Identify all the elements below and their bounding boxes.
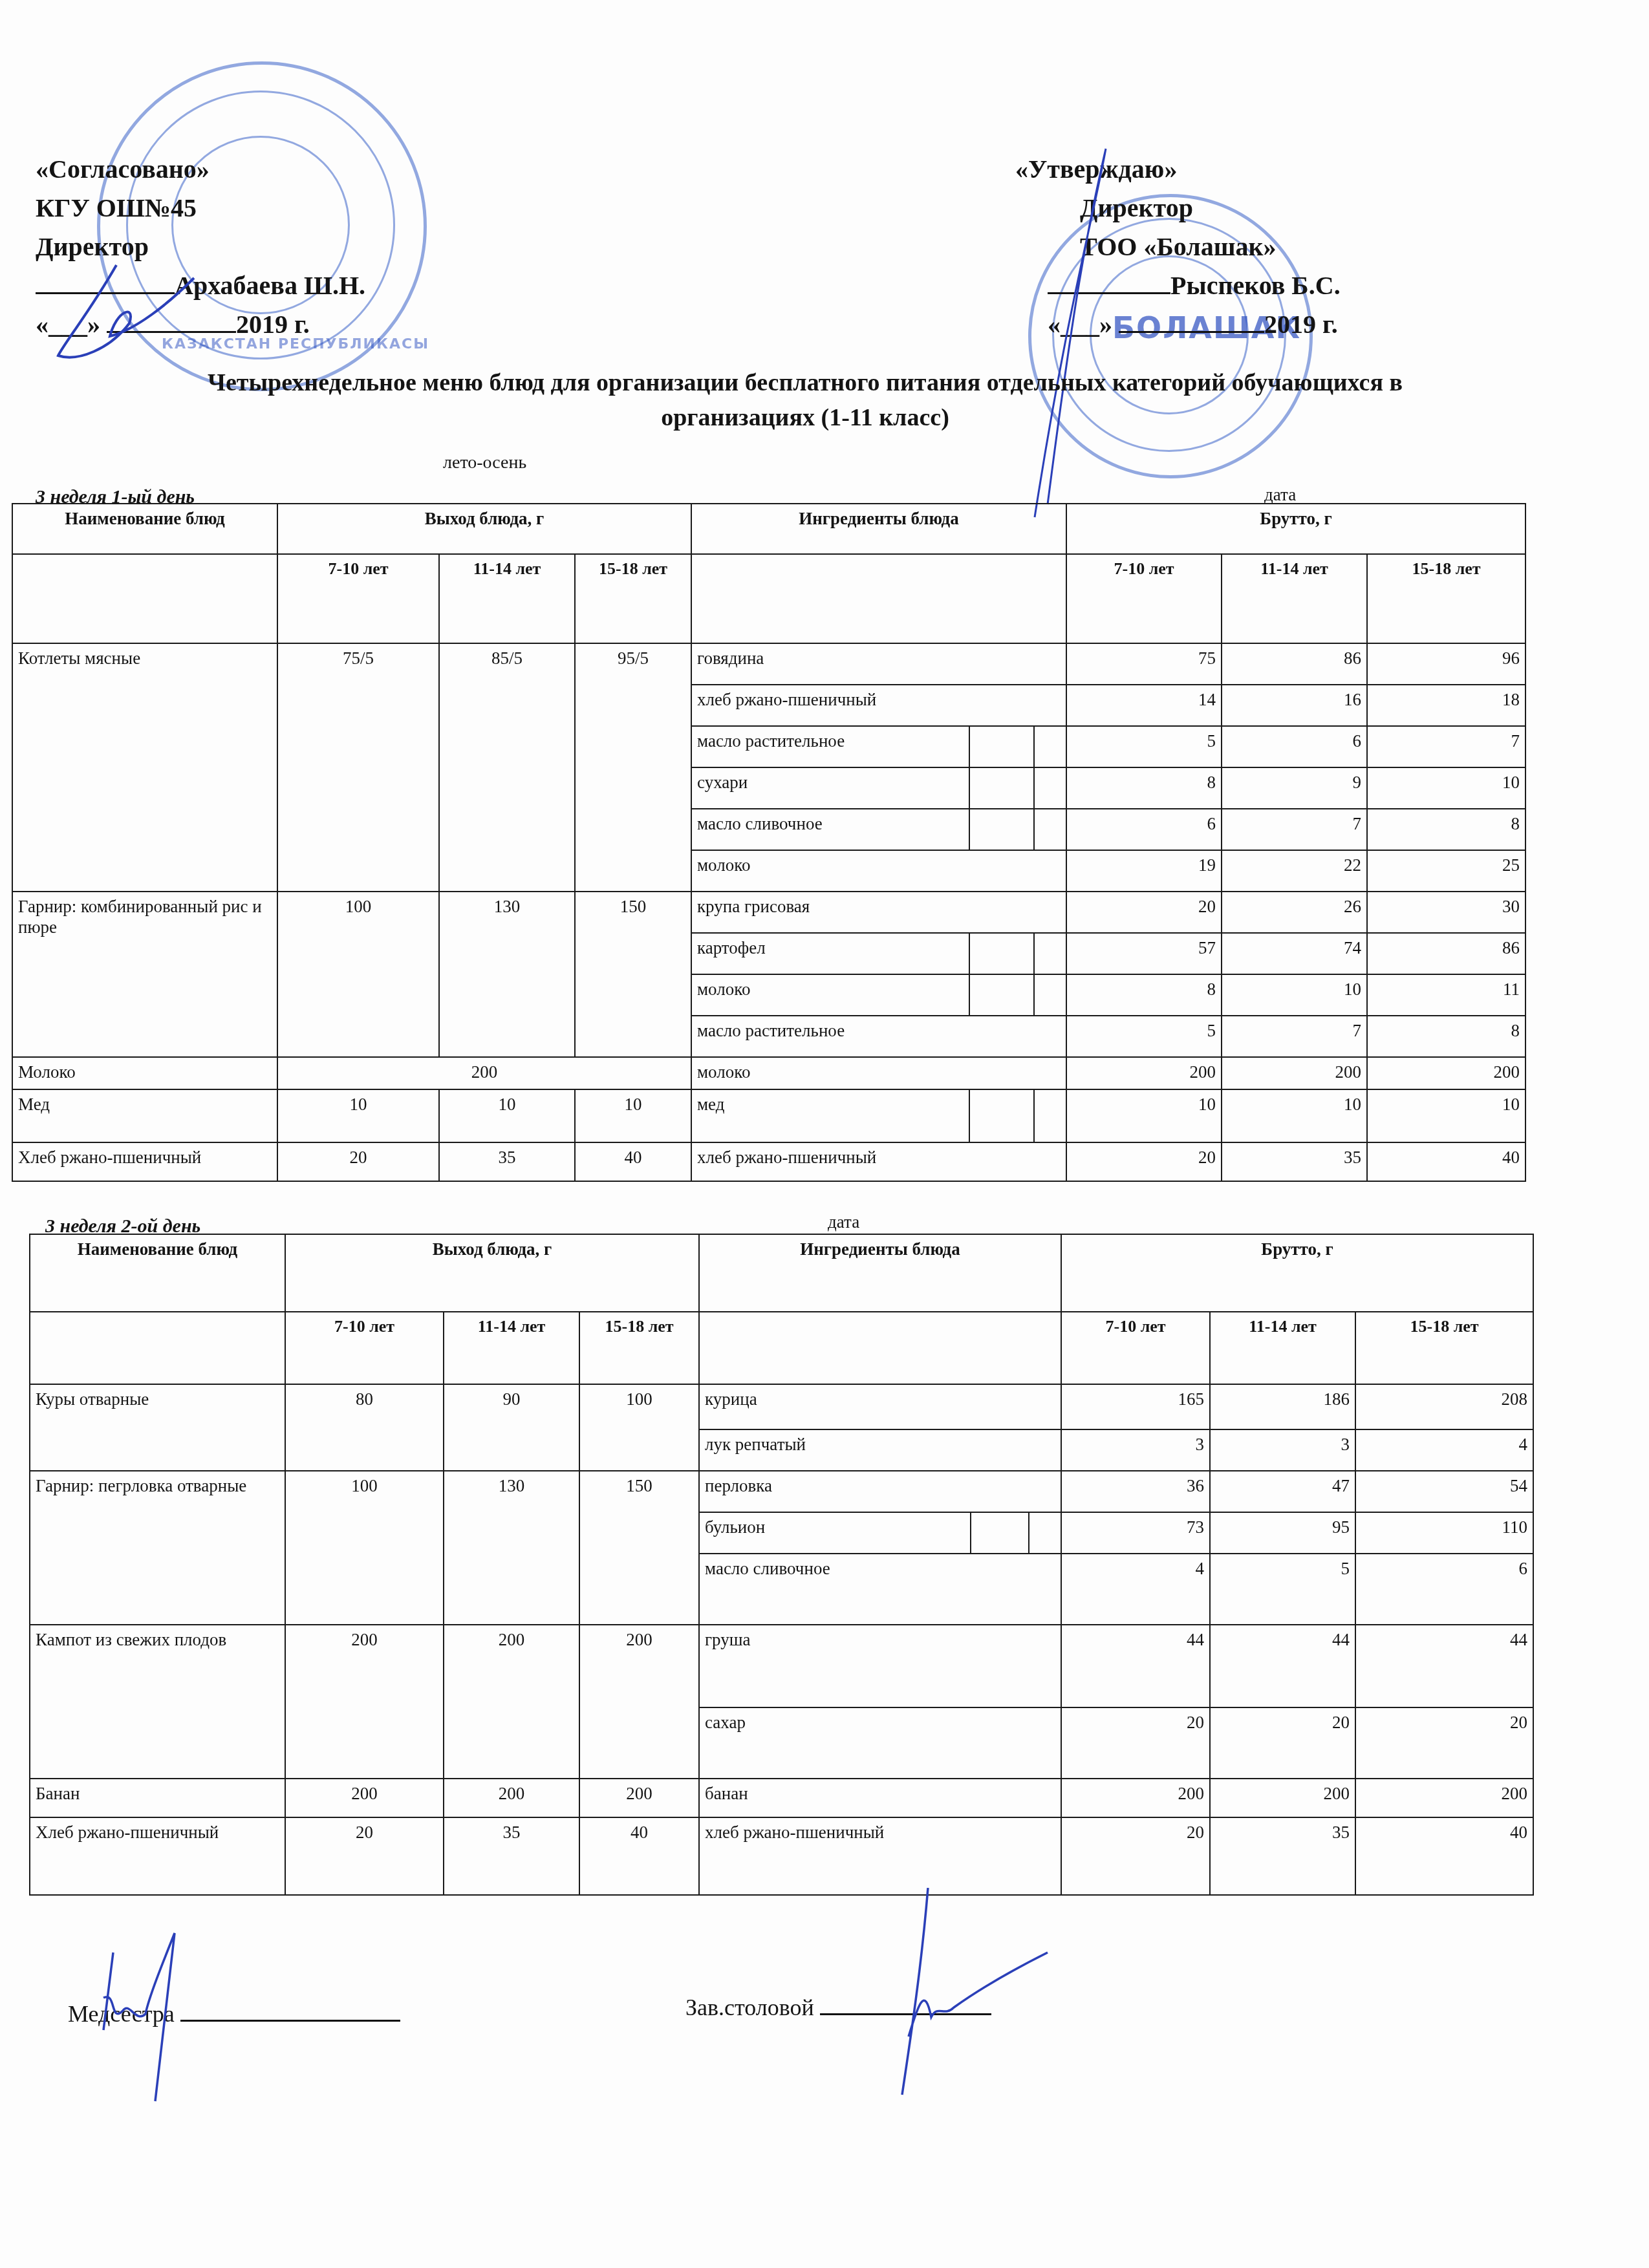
- dish-yield-age-2: 10: [439, 1089, 575, 1142]
- dish-name: Хлеб ржано-пшеничный: [12, 1142, 277, 1181]
- ingredient-gross-age-2: 35: [1222, 1142, 1367, 1181]
- dish-name: Мед: [12, 1089, 277, 1142]
- dish-yield-age-2: 130: [444, 1471, 579, 1625]
- ingredient-gross-age-2: 22: [1222, 850, 1367, 892]
- dish-yield-age-2: 90: [444, 1384, 579, 1471]
- dish-yield: 200: [277, 1057, 691, 1089]
- ingredient-name: масло растительное: [691, 726, 969, 767]
- ingredient-gross-age-2: 5: [1210, 1554, 1355, 1625]
- ingredient-subcell: [1034, 767, 1066, 809]
- ingredient-subcell: [1034, 726, 1066, 767]
- ingredient-gross-age-2: 26: [1222, 892, 1367, 933]
- nurse-signature-line: [180, 1998, 400, 2022]
- ingredient-gross-age-1: 8: [1066, 974, 1222, 1016]
- director-left-signature: [39, 252, 207, 369]
- dish-yield-age-1: 200: [285, 1625, 444, 1779]
- ingredient-gross-age-1: 200: [1061, 1779, 1210, 1817]
- canteen-manager-label: Зав.столовой: [685, 1995, 814, 2020]
- header-gross: Брутто, г: [1066, 504, 1525, 554]
- ingredient-gross-age-2: 200: [1210, 1779, 1355, 1817]
- ingredient-gross-age-1: 36: [1061, 1471, 1210, 1512]
- ingredient-name: масло растительное: [691, 1016, 1066, 1057]
- ingredient-gross-age-3: 40: [1367, 1142, 1525, 1181]
- ingredient-gross-age-1: 20: [1061, 1817, 1210, 1895]
- ingredient-gross-age-2: 44: [1210, 1625, 1355, 1707]
- dish-yield-age-1: 20: [277, 1142, 439, 1181]
- ingredient-gross-age-3: 208: [1355, 1384, 1533, 1429]
- ingredient-name: масло сливочное: [691, 809, 969, 850]
- dish-name: Молоко: [12, 1057, 277, 1089]
- header-yield-age-3: 15-18 лет: [575, 554, 691, 643]
- dish-yield-age-1: 80: [285, 1384, 444, 1471]
- dish-yield-age-1: 100: [277, 892, 439, 1057]
- ingredient-subcell: [969, 809, 1034, 850]
- dish-yield-age-1: 200: [285, 1779, 444, 1817]
- approval-left-label: «Согласовано»: [36, 150, 365, 189]
- approval-right-date-year: 2019 г.: [1264, 310, 1338, 339]
- dish-name: Гарнир: пегрловка отварные: [30, 1471, 285, 1625]
- ingredient-subcell: [969, 1089, 1034, 1142]
- ingredient-gross-age-1: 3: [1061, 1429, 1210, 1471]
- table-row: Гарнир: пегрловка отварные100130150перло…: [30, 1471, 1533, 1512]
- dish-name: Хлеб ржано-пшеничный: [30, 1817, 285, 1895]
- dish-name: Куры отварные: [30, 1384, 285, 1471]
- ingredient-gross-age-3: 110: [1355, 1512, 1533, 1554]
- ingredient-gross-age-1: 6: [1066, 809, 1222, 850]
- ingredient-name: молоко: [691, 1057, 1066, 1089]
- director-right-signature: [1009, 142, 1138, 530]
- ingredient-gross-age-3: 25: [1367, 850, 1525, 892]
- ingredient-subcell: [1029, 1512, 1061, 1554]
- table-row: Куры отварные8090100курица165186208: [30, 1384, 1533, 1429]
- dish-name: Гарнир: комбинированный рис и пюре: [12, 892, 277, 1057]
- ingredient-name: банан: [699, 1779, 1061, 1817]
- ingredient-gross-age-2: 16: [1222, 685, 1367, 726]
- ingredient-subcell: [1034, 1089, 1066, 1142]
- header-gross: Брутто, г: [1061, 1234, 1533, 1312]
- dish-yield-age-2: 35: [439, 1142, 575, 1181]
- canteen-manager-signature: [892, 1888, 1061, 2101]
- dish-yield-age-1: 20: [285, 1817, 444, 1895]
- table-row: Банан200200200банан200200200: [30, 1779, 1533, 1817]
- table-row: Хлеб ржано-пшеничный203540хлеб ржано-пше…: [30, 1817, 1533, 1895]
- ingredient-gross-age-1: 10: [1066, 1089, 1222, 1142]
- ingredient-gross-age-2: 47: [1210, 1471, 1355, 1512]
- ingredient-subcell: [1034, 974, 1066, 1016]
- ingredient-name: лук репчатый: [699, 1429, 1061, 1471]
- table-row: Кампот из свежих плодов200200200груша444…: [30, 1625, 1533, 1707]
- ingredient-gross-age-1: 20: [1066, 1142, 1222, 1181]
- ingredient-gross-age-1: 14: [1066, 685, 1222, 726]
- ingredient-gross-age-1: 200: [1066, 1057, 1222, 1089]
- ingredient-gross-age-3: 18: [1367, 685, 1525, 726]
- nurse-signature: [65, 1927, 181, 2108]
- dish-yield-age-1: 10: [277, 1089, 439, 1142]
- approval-right-name: Рыспеков Б.С.: [1170, 271, 1341, 300]
- ingredient-name: масло сливочное: [699, 1554, 1061, 1625]
- header-gross-age-1: 7-10 лет: [1061, 1312, 1210, 1384]
- ingredient-subcell: [969, 767, 1034, 809]
- menu-table-day2: Наименование блюд Выход блюда, г Ингреди…: [29, 1234, 1534, 1896]
- dish-yield-age-3: 40: [579, 1817, 699, 1895]
- ingredient-name: хлеб ржано-пшеничный: [691, 685, 1066, 726]
- ingredient-gross-age-2: 95: [1210, 1512, 1355, 1554]
- dish-name: Кампот из свежих плодов: [30, 1625, 285, 1779]
- ingredient-gross-age-1: 20: [1066, 892, 1222, 933]
- header-yield-age-3: 15-18 лет: [579, 1312, 699, 1384]
- header-ingredients: Ингредиенты блюда: [699, 1234, 1061, 1312]
- approval-left-org: КГУ ОШ№45: [36, 189, 365, 228]
- dish-yield-age-3: 100: [579, 1384, 699, 1471]
- approval-left-date-year: 2019 г.: [236, 310, 310, 339]
- ingredient-gross-age-1: 19: [1066, 850, 1222, 892]
- dish-yield-age-2: 200: [444, 1779, 579, 1817]
- header-yield-age-1: 7-10 лет: [285, 1312, 444, 1384]
- ingredient-gross-age-2: 9: [1222, 767, 1367, 809]
- ingredient-gross-age-3: 10: [1367, 1089, 1525, 1142]
- ingredient-gross-age-1: 5: [1066, 1016, 1222, 1057]
- ingredient-name: сухари: [691, 767, 969, 809]
- header-yield: Выход блюда, г: [285, 1234, 699, 1312]
- document-title: Четырехнедельное меню блюд для организац…: [78, 365, 1533, 435]
- table-row: Мед101010мед101010: [12, 1089, 1525, 1142]
- dish-yield-age-3: 40: [575, 1142, 691, 1181]
- dish-name: Котлеты мясные: [12, 643, 277, 892]
- header-empty: [699, 1312, 1061, 1384]
- dish-yield-age-3: 200: [579, 1625, 699, 1779]
- ingredient-gross-age-1: 44: [1061, 1625, 1210, 1707]
- ingredient-gross-age-3: 96: [1367, 643, 1525, 685]
- ingredient-gross-age-3: 8: [1367, 809, 1525, 850]
- header-yield-age-1: 7-10 лет: [277, 554, 439, 643]
- ingredient-gross-age-2: 20: [1210, 1707, 1355, 1779]
- ingredient-gross-age-2: 200: [1222, 1057, 1367, 1089]
- ingredient-gross-age-1: 165: [1061, 1384, 1210, 1429]
- ingredient-gross-age-2: 186: [1210, 1384, 1355, 1429]
- table-row: Молоко200молоко200200200: [12, 1057, 1525, 1089]
- ingredient-gross-age-1: 57: [1066, 933, 1222, 974]
- ingredient-name: курица: [699, 1384, 1061, 1429]
- header-yield-age-2: 11-14 лет: [444, 1312, 579, 1384]
- table-row: Котлеты мясные75/585/595/5говядина758696: [12, 643, 1525, 685]
- ingredient-gross-age-3: 54: [1355, 1471, 1533, 1512]
- ingredient-name: молоко: [691, 850, 1066, 892]
- ingredient-gross-age-2: 3: [1210, 1429, 1355, 1471]
- ingredient-name: молоко: [691, 974, 969, 1016]
- ingredient-gross-age-3: 4: [1355, 1429, 1533, 1471]
- ingredient-name: крупа грисовая: [691, 892, 1066, 933]
- header-ingredients: Ингредиенты блюда: [691, 504, 1066, 554]
- table-row: Гарнир: комбинированный рис и пюре100130…: [12, 892, 1525, 933]
- ingredient-name: перловка: [699, 1471, 1061, 1512]
- header-empty: [12, 554, 277, 643]
- dish-yield-age-3: 200: [579, 1779, 699, 1817]
- ingredient-gross-age-1: 73: [1061, 1512, 1210, 1554]
- dish-yield-age-3: 10: [575, 1089, 691, 1142]
- ingredient-subcell: [1034, 809, 1066, 850]
- ingredient-gross-age-3: 30: [1367, 892, 1525, 933]
- header-yield-age-2: 11-14 лет: [439, 554, 575, 643]
- title-line-2: организациях (1-11 класс): [78, 400, 1533, 435]
- dish-yield-age-2: 200: [444, 1625, 579, 1779]
- ingredient-subcell: [1034, 933, 1066, 974]
- ingredient-name: хлеб ржано-пшеничный: [691, 1142, 1066, 1181]
- ingredient-gross-age-3: 200: [1367, 1057, 1525, 1089]
- header-dish: Наименование блюд: [12, 504, 277, 554]
- ingredient-subcell: [969, 933, 1034, 974]
- dish-yield-age-3: 150: [579, 1471, 699, 1625]
- dish-yield-age-2: 130: [439, 892, 575, 1057]
- ingredient-gross-age-2: 35: [1210, 1817, 1355, 1895]
- ingredient-gross-age-2: 7: [1222, 1016, 1367, 1057]
- header-dish: Наименование блюд: [30, 1234, 285, 1312]
- ingredient-subcell: [969, 726, 1034, 767]
- dish-yield-age-1: 75/5: [277, 643, 439, 892]
- ingredient-name: груша: [699, 1625, 1061, 1707]
- header-yield: Выход блюда, г: [277, 504, 691, 554]
- ingredient-gross-age-1: 5: [1066, 726, 1222, 767]
- dish-yield-age-3: 95/5: [575, 643, 691, 892]
- dish-yield-age-2: 35: [444, 1817, 579, 1895]
- ingredient-gross-age-3: 40: [1355, 1817, 1533, 1895]
- ingredient-gross-age-3: 10: [1367, 767, 1525, 809]
- ingredient-gross-age-1: 20: [1061, 1707, 1210, 1779]
- header-gross-age-3: 15-18 лет: [1355, 1312, 1533, 1384]
- ingredient-gross-age-3: 86: [1367, 933, 1525, 974]
- ingredient-gross-age-3: 44: [1355, 1625, 1533, 1707]
- header-gross-age-3: 15-18 лет: [1367, 554, 1525, 643]
- day2-date-label: дата: [828, 1212, 859, 1232]
- title-line-1: Четырехнедельное меню блюд для организац…: [78, 365, 1533, 400]
- ingredient-gross-age-3: 6: [1355, 1554, 1533, 1625]
- dish-name: Банан: [30, 1779, 285, 1817]
- ingredient-name: мед: [691, 1089, 969, 1142]
- ingredient-subcell: [969, 974, 1034, 1016]
- ingredient-gross-age-3: 8: [1367, 1016, 1525, 1057]
- header-gross-age-1: 7-10 лет: [1066, 554, 1222, 643]
- dish-yield-age-1: 100: [285, 1471, 444, 1625]
- ingredient-gross-age-3: 20: [1355, 1707, 1533, 1779]
- ingredient-gross-age-2: 10: [1222, 974, 1367, 1016]
- dish-yield-age-3: 150: [575, 892, 691, 1057]
- ingredient-name: хлеб ржано-пшеничный: [699, 1817, 1061, 1895]
- ingredient-name: сахар: [699, 1707, 1061, 1779]
- header-empty: [691, 554, 1066, 643]
- menu-table-day1: Наименование блюд Выход блюда, г Ингреди…: [12, 503, 1526, 1182]
- header-empty: [30, 1312, 285, 1384]
- ingredient-subcell: [971, 1512, 1029, 1554]
- ingredient-gross-age-2: 6: [1222, 726, 1367, 767]
- day1-date-label: дата: [1264, 485, 1296, 505]
- ingredient-name: картофел: [691, 933, 969, 974]
- dish-yield-age-2: 85/5: [439, 643, 575, 892]
- ingredient-gross-age-2: 7: [1222, 809, 1367, 850]
- ingredient-gross-age-1: 4: [1061, 1554, 1210, 1625]
- date-month-line: [1119, 309, 1264, 333]
- header-gross-age-2: 11-14 лет: [1222, 554, 1367, 643]
- header-gross-age-2: 11-14 лет: [1210, 1312, 1355, 1384]
- ingredient-gross-age-2: 86: [1222, 643, 1367, 685]
- ingredient-name: бульион: [699, 1512, 971, 1554]
- ingredient-name: говядина: [691, 643, 1066, 685]
- table-row: Хлеб ржано-пшеничный203540хлеб ржано-пше…: [12, 1142, 1525, 1181]
- ingredient-gross-age-1: 75: [1066, 643, 1222, 685]
- ingredient-gross-age-3: 7: [1367, 726, 1525, 767]
- ingredient-gross-age-2: 74: [1222, 933, 1367, 974]
- ingredient-gross-age-1: 8: [1066, 767, 1222, 809]
- season-label: лето-осень: [443, 453, 526, 473]
- ingredient-gross-age-3: 200: [1355, 1779, 1533, 1817]
- ingredient-gross-age-3: 11: [1367, 974, 1525, 1016]
- ingredient-gross-age-2: 10: [1222, 1089, 1367, 1142]
